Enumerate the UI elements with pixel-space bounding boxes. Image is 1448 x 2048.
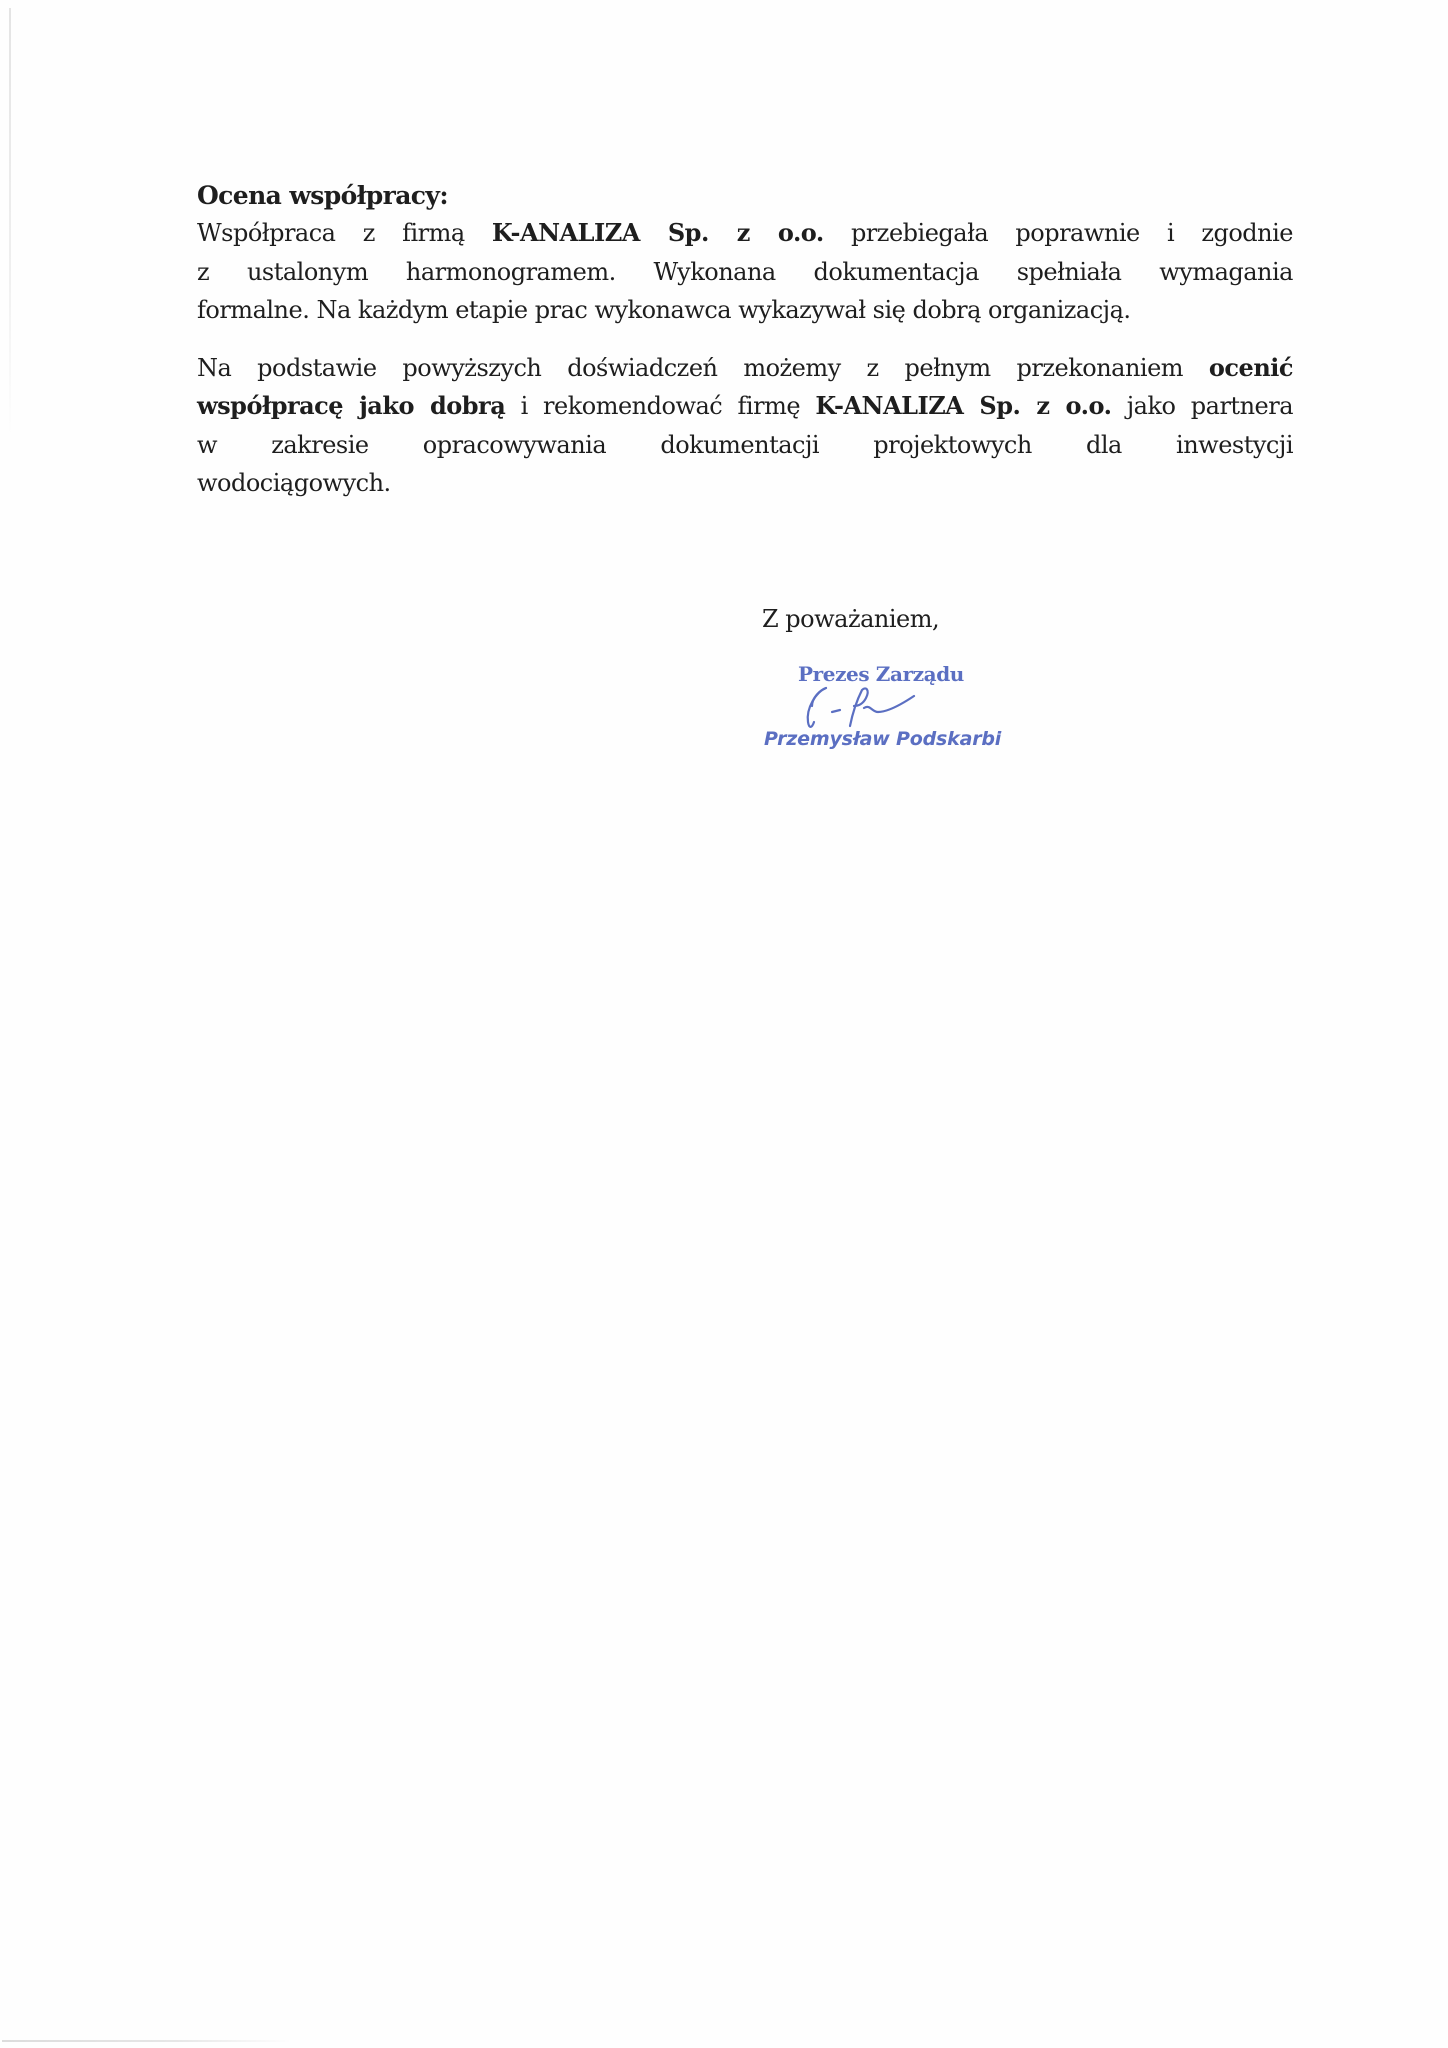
- letter-body: Ocena współpracy: Współpraca z firmą K-A…: [197, 178, 1293, 503]
- signatory-name: Przemysław Podskarbi: [764, 728, 1001, 750]
- text-line: formalne. Na każdym etapie prac wykonawc…: [197, 291, 1293, 330]
- paragraph-cooperation-assessment: Współpraca z firmą K-ANALIZA Sp. z o.o. …: [197, 214, 1293, 330]
- bold-text: współpracę jako dobrą: [197, 391, 505, 420]
- bold-text: ocenić: [1209, 353, 1293, 382]
- signature-stamp: Prezes Zarządu Przemysław Podskarbi: [762, 662, 1062, 762]
- text-run: z ustalonym harmonogramem. Wykonana doku…: [197, 258, 1293, 286]
- text-line: wodociągowych.: [197, 464, 1293, 503]
- scan-edge-left: [9, 8, 11, 438]
- paragraph-recommendation: Na podstawie powyższych doświadczeń może…: [197, 349, 1293, 503]
- text-run: przebiegała poprawnie i zgodnie: [824, 219, 1293, 247]
- text-line: współpracę jako dobrą i rekomendować fir…: [197, 387, 1293, 426]
- text-run: w zakresie opracowywania dokumentacji pr…: [197, 431, 1293, 459]
- text-line: Na podstawie powyższych doświadczeń może…: [197, 349, 1293, 388]
- text-run: Współpraca z firmą: [197, 219, 492, 247]
- text-line: w zakresie opracowywania dokumentacji pr…: [197, 426, 1293, 465]
- scan-edge-bottom: [2, 2040, 292, 2042]
- text-run: i rekomendować firmę: [505, 392, 815, 420]
- text-run: formalne. Na każdym etapie prac wykonawc…: [197, 296, 1131, 324]
- text-run: Na podstawie powyższych doświadczeń może…: [197, 354, 1209, 382]
- text-run: wodociągowych.: [197, 469, 391, 497]
- section-heading: Ocena współpracy:: [197, 178, 1293, 214]
- text-line: Współpraca z firmą K-ANALIZA Sp. z o.o. …: [197, 214, 1293, 253]
- bold-text: K-ANALIZA Sp. z o.o.: [815, 391, 1111, 420]
- text-line: z ustalonym harmonogramem. Wykonana doku…: [197, 253, 1293, 292]
- document-page: Ocena współpracy: Współpraca z firmą K-A…: [0, 0, 1448, 2048]
- closing-salutation: Z poważaniem,: [762, 605, 939, 633]
- text-run: jako partnera: [1111, 392, 1293, 420]
- bold-text: K-ANALIZA Sp. z o.o.: [492, 218, 824, 247]
